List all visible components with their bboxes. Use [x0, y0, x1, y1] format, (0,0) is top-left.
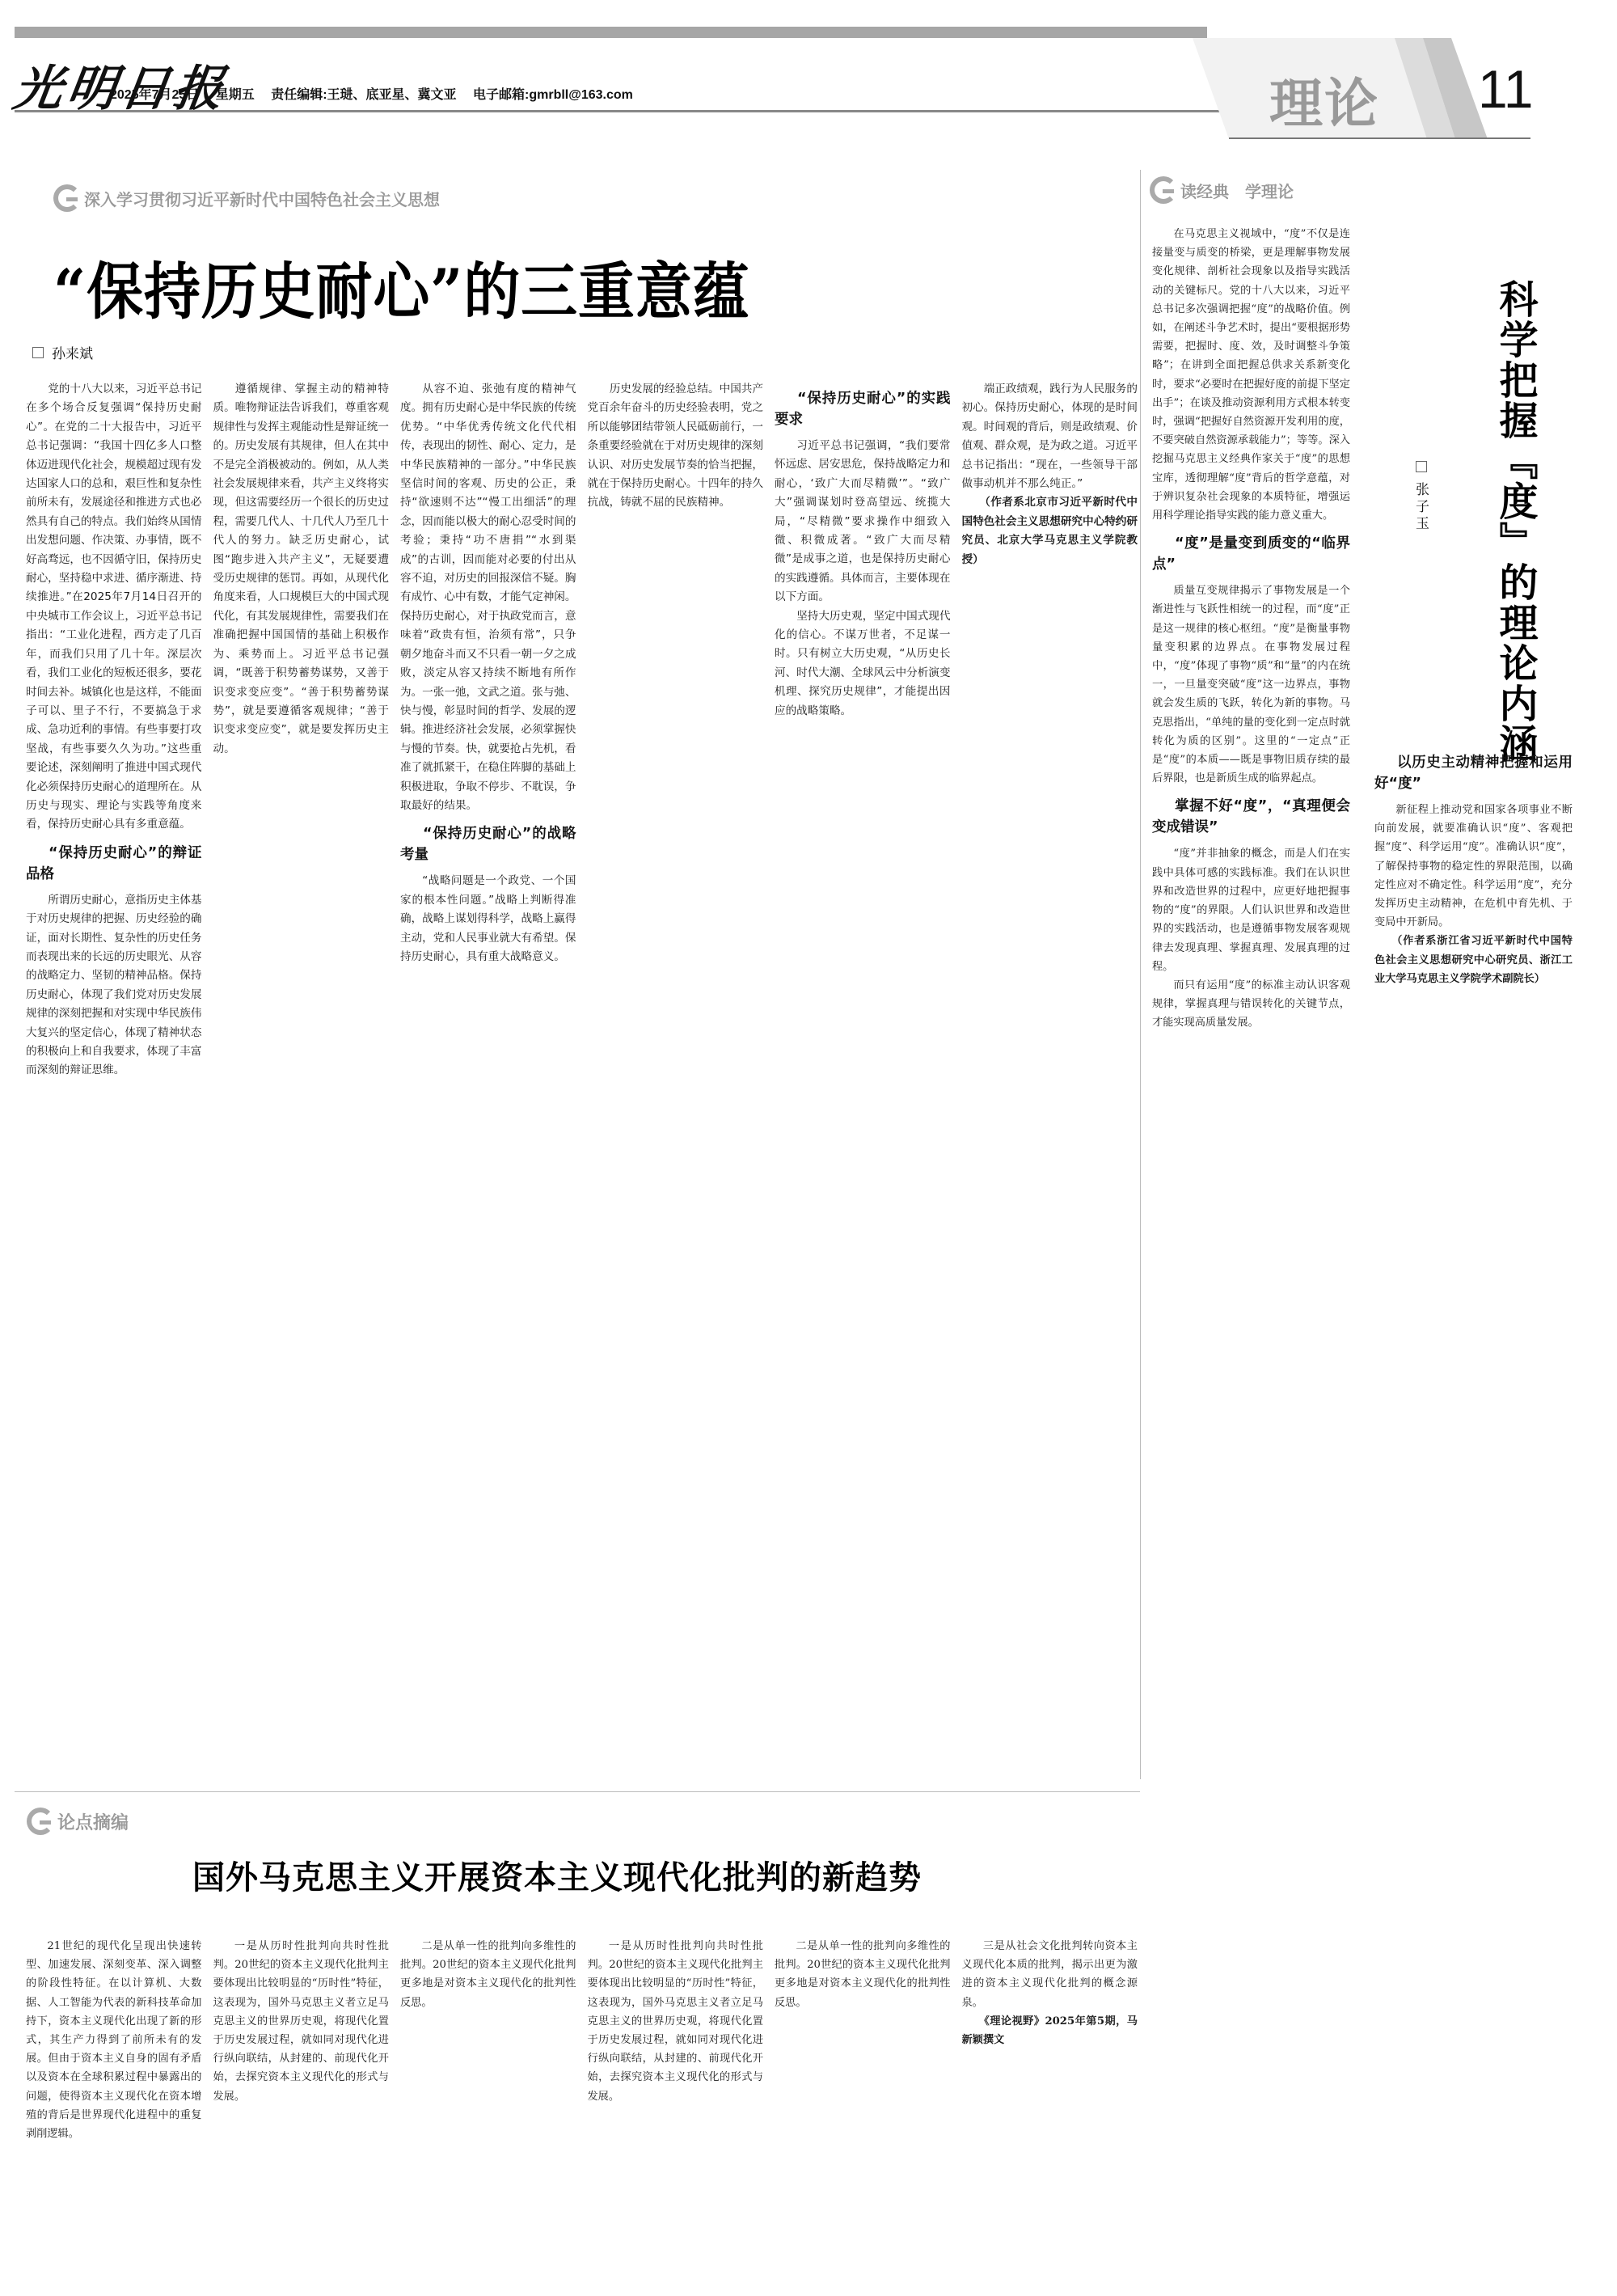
- section-heading: “保持历史耐心”的实践要求: [775, 388, 951, 430]
- section-divider: [15, 1791, 1140, 1792]
- article2-column-5: 二是从单一性的批判向多维性的批判。20世纪的资本主义现代化批判更多地是对资本主义…: [775, 1937, 951, 2285]
- section-name: 理论: [1269, 61, 1379, 137]
- body-paragraph: 习近平总书记强调，“我们要常怀远虑、居安思危，保持战略定力和耐心，‘致广大而尽精…: [775, 437, 951, 607]
- byline-box-icon: [1416, 461, 1427, 472]
- article2-column-2: 一是从历时性批判向共时性批判。20世纪的资本主义现代化批判主要体现出比较明显的“…: [213, 1937, 390, 2285]
- g-logo-icon: [27, 1808, 54, 1835]
- article2-title: 国外马克思主义开展资本主义现代化批判的新趋势: [192, 1852, 922, 1898]
- column-tag-left: 深入学习贯彻习近平新时代中国特色社会主义思想: [53, 184, 440, 212]
- body-paragraph: 从容不迫、张弛有度的精神气度。拥有历史耐心是中华民族的传统优势。“中华优秀传统文…: [400, 380, 576, 815]
- article1-column-3: 从容不迫、张弛有度的精神气度。拥有历史耐心是中华民族的传统优势。“中华优秀传统文…: [400, 380, 576, 1771]
- author-name: 孙来斌: [52, 342, 93, 362]
- issue-email[interactable]: 电子邮箱:gmrbll@163.com: [473, 88, 633, 102]
- article2-paragraph: 一是从历时性批判向共时性批判。20世纪的资本主义现代化批判主要体现出比较明显的“…: [213, 1937, 390, 2106]
- article1-column-2: 遵循规律、掌握主动的精神特质。唯物辩证法告诉我们，尊重客观规律性与发挥主观能动性…: [213, 380, 390, 1771]
- section-tab: 理论: [1193, 38, 1488, 139]
- article-byline: 孙来斌: [32, 342, 93, 362]
- article-title: “保持历史耐心”的三重意蕴: [53, 243, 750, 331]
- byline-box-icon: [32, 347, 44, 358]
- article2-column-6: 三是从社会文化批判转向资本主义现代化本质的批判，揭示出更为激进的资本主义现代化批…: [962, 1937, 1138, 2285]
- section-rule: [1229, 137, 1530, 139]
- feature-paragraph: 新征程上推动党和国家各项事业不断向前发展，就要准确认识“度”、客观把握“度”、科…: [1374, 801, 1573, 932]
- page-number: 11: [1478, 58, 1534, 120]
- article2-column-1: 21世纪的现代化呈现出快速转型、加速发展、深刻变革、深入调整的阶段性特征。在以计…: [26, 1937, 202, 2285]
- body-paragraph: 历史发展的经验总结。中国共产党百余年奋斗的历史经验表明，党之所以能够团结带领人民…: [588, 380, 764, 513]
- body-paragraph: 遵循规律、掌握主动的精神特质。唯物辩证法告诉我们，尊重客观规律性与发挥主观能动性…: [213, 380, 390, 759]
- article1-column-4: 历史发展的经验总结。中国共产党百余年奋斗的历史经验表明，党之所以能够团结带领人民…: [588, 380, 764, 1771]
- article2-paragraph: 一是从历时性批判向共时性批判。20世纪的资本主义现代化批判主要体现出比较明显的“…: [588, 1937, 764, 2106]
- feature-paragraph: 而只有运用“度”的标准主动认识客观规律，掌握真理与错误转化的关键节点，才能实现高…: [1152, 976, 1350, 1033]
- article2-paragraph: 三是从社会文化批判转向资本主义现代化本质的批判，揭示出更为激进的资本主义现代化批…: [962, 1937, 1138, 2012]
- feature-heading: 掌握不好“度”，“真理便会变成错误”: [1152, 796, 1350, 838]
- section-heading: “保持历史耐心”的辩证品格: [26, 843, 202, 885]
- issue-date: 2025年7月25日: [110, 88, 199, 102]
- feature-column-1: 在马克思主义视域中，“度”不仅是连接量变与质变的桥梁，更是理解事物发展变化规律、…: [1152, 225, 1350, 2255]
- section-heading: “保持历史耐心”的战略考量: [400, 823, 576, 865]
- issue-editors: 责任编辑:王琎、底亚星、冀文亚: [271, 88, 456, 102]
- column-divider: [1140, 170, 1141, 1779]
- column-tag-label: 读经典 学理论: [1180, 179, 1294, 202]
- issue-weekday: 星期五: [216, 88, 255, 102]
- body-paragraph: “战略问题是一个政党、一个国家的根本性问题。”战略上判断得准确，战略上谋划得科学…: [400, 872, 576, 966]
- column-tag-bottom: 论点摘编: [27, 1808, 129, 1835]
- article2-column-3: 二是从单一性的批判向多维性的批判。20世纪的资本主义现代化批判更多地是对资本主义…: [400, 1937, 576, 2285]
- article1-column-6: 端正政绩观，践行为人民服务的初心。保持历史耐心，体现的是时间观。时间观的背后，则…: [962, 380, 1138, 1771]
- feature-author-bio: （作者系浙江省习近平新时代中国特色社会主义思想研究中心研究员、浙江工业大学马克思…: [1374, 932, 1573, 988]
- feature-paragraph: 质量互变规律揭示了事物发展是一个渐进性与飞跃性相统一的过程，而“度”正是这一规律…: [1152, 581, 1350, 788]
- column-tag-label: 论点摘编: [57, 1809, 129, 1834]
- article2-paragraph: 二是从单一性的批判向多维性的批判。20世纪的资本主义现代化批判更多地是对资本主义…: [775, 1937, 951, 2012]
- feature-heading: 以历史主动精神把握和运用好“度”: [1374, 752, 1573, 794]
- column-tag-label: 深入学习贯彻习近平新时代中国特色社会主义思想: [84, 187, 440, 210]
- body-paragraph: 所谓历史耐心，意指历史主体基于对历史规律的把握、历史经验的确证，面对长期性、复杂…: [26, 891, 202, 1080]
- feature-byline: 张子玉: [1411, 461, 1431, 533]
- article1-column-5: “保持历史耐心”的实践要求 习近平总书记强调，“我们要常怀远虑、居安思危，保持战…: [775, 380, 951, 1771]
- body-paragraph: 坚持大历史观，坚定中国式现代化的信心。不谋万世者，不足谋一时。只有树立大历史观，…: [775, 607, 951, 721]
- masthead-top-bar: [15, 27, 1207, 38]
- feature-title: 科学把握『度』的理论内涵: [1486, 279, 1535, 764]
- column-tag-right: 读经典 学理论: [1150, 176, 1294, 204]
- article1-body: 党的十八大以来，习近平总书记在多个场合反复强调“保持历史耐心”。在党的二十大报告…: [26, 380, 1138, 1771]
- article2-paragraph: 二是从单一性的批判向多维性的批判。20世纪的资本主义现代化批判更多地是对资本主义…: [400, 1937, 576, 2012]
- article2-source: 《理论视野》2025年第5期，马新颖撰文: [962, 2012, 1138, 2049]
- feature-heading: “度”是量变到质变的“临界点”: [1152, 533, 1350, 575]
- article2-column-4: 一是从历时性批判向共时性批判。20世纪的资本主义现代化批判主要体现出比较明显的“…: [588, 1937, 764, 2285]
- masthead-rule: [15, 110, 1235, 112]
- author-bio: （作者系北京市习近平新时代中国特色社会主义思想研究中心特约研究员、北京大学马克思…: [962, 493, 1138, 569]
- g-logo-icon: [1150, 176, 1177, 204]
- feature-column-2: 以历史主动精神把握和运用好“度” 新征程上推动党和国家各项事业不断向前发展，就要…: [1374, 744, 1573, 2256]
- g-logo-icon: [53, 184, 81, 212]
- article1-column-1: 党的十八大以来，习近平总书记在多个场合反复强调“保持历史耐心”。在党的二十大报告…: [26, 380, 202, 1771]
- article2-body: 21世纪的现代化呈现出快速转型、加速发展、深刻变革、深入调整的阶段性特征。在以计…: [26, 1937, 1138, 2285]
- issue-meta: 2025年7月25日 星期五 责任编辑:王琎、底亚星、冀文亚 电子邮箱:gmrb…: [110, 84, 646, 103]
- body-paragraph: 端正政绩观，践行为人民服务的初心。保持历史耐心，体现的是时间观。时间观的背后，则…: [962, 380, 1138, 493]
- feature-intro: 在马克思主义视域中，“度”不仅是连接量变与质变的桥梁，更是理解事物发展变化规律、…: [1152, 225, 1350, 525]
- article2-paragraph: 21世纪的现代化呈现出快速转型、加速发展、深刻变革、深入调整的阶段性特征。在以计…: [26, 1937, 202, 2143]
- feature-paragraph: “度”并非抽象的概念，而是人们在实践中具体可感的实践标准。我们在认识世界和改造世…: [1152, 844, 1350, 975]
- intro-paragraph: 党的十八大以来，习近平总书记在多个场合反复强调“保持历史耐心”。在党的二十大报告…: [26, 380, 202, 835]
- feature-author: 张子玉: [1411, 482, 1431, 533]
